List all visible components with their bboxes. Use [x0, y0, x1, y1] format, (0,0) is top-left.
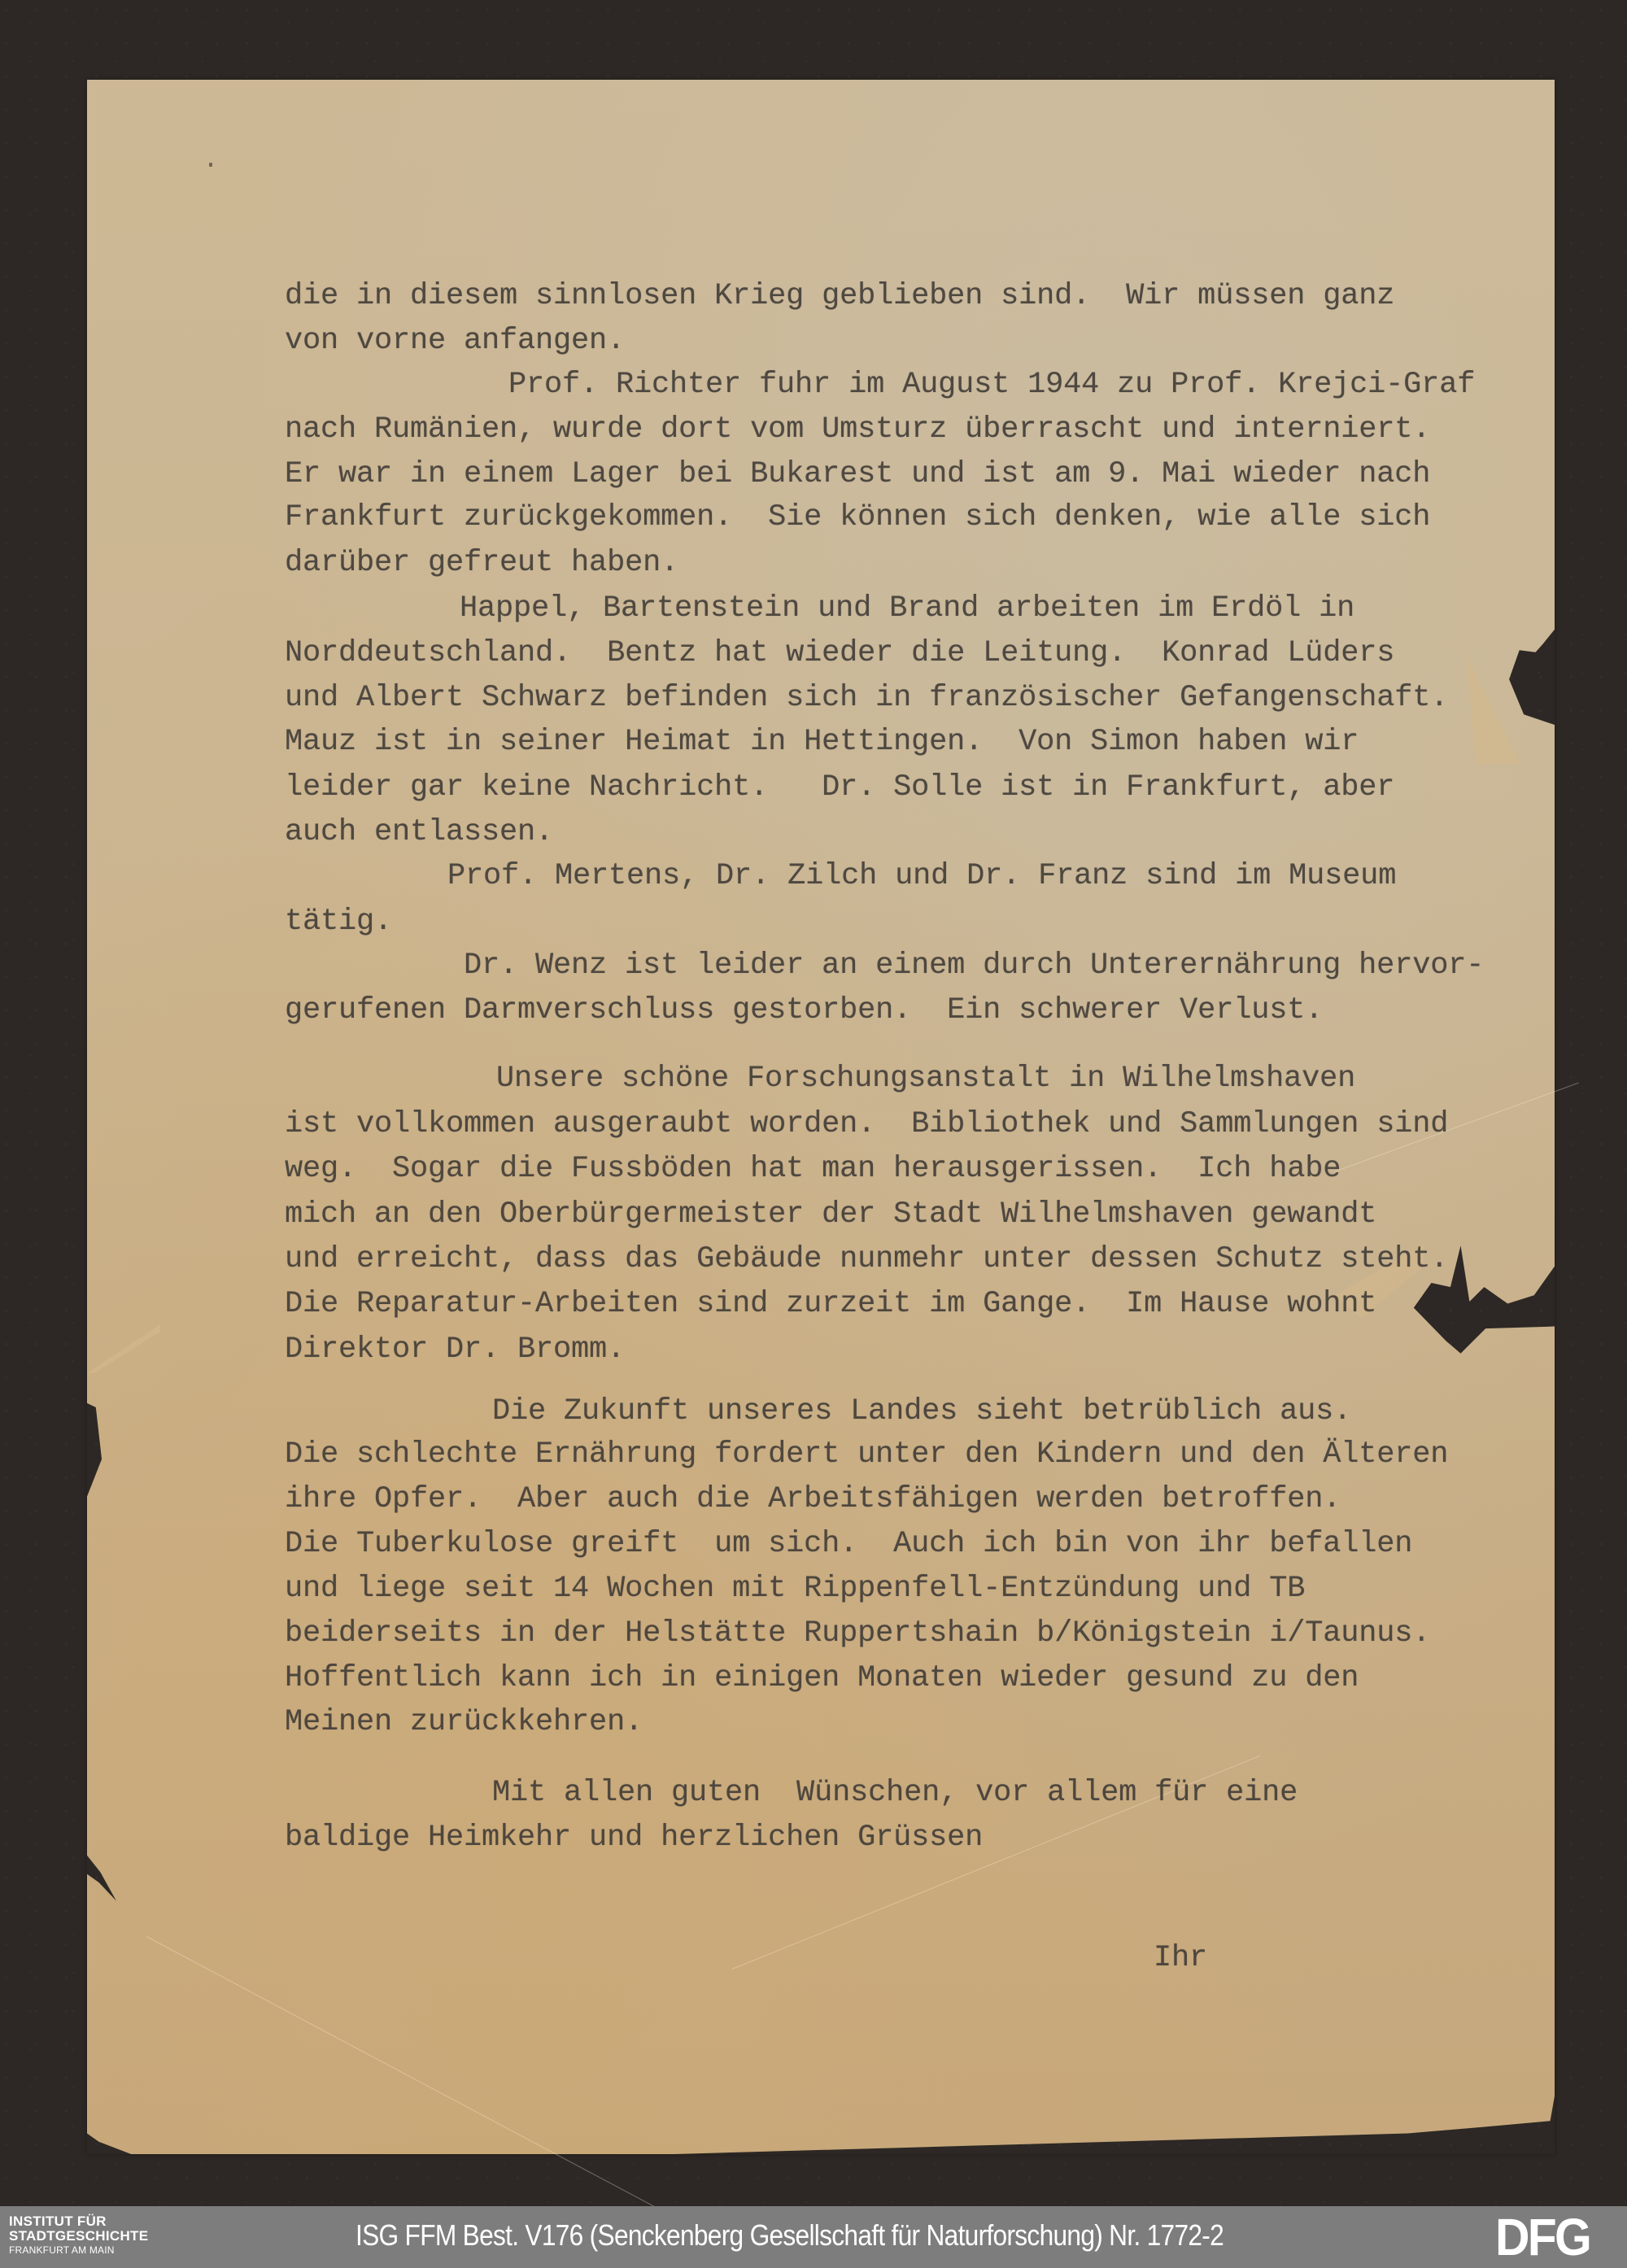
typed-line: und liege seit 14 Wochen mit Rippenfell-…	[285, 1574, 1305, 1604]
institute-logo-line1: INSTITUT FÜR	[9, 2214, 148, 2229]
archive-footer-bar: INSTITUT FÜR STADTGESCHICHTE FRANKFURT A…	[0, 2206, 1627, 2268]
typed-line: Meinen zurückkehren.	[285, 1708, 643, 1738]
typed-line: Frankfurt zurückgekommen. Sie können sic…	[285, 503, 1430, 533]
typed-line: Die Reparatur-Arbeiten sind zurzeit im G…	[285, 1289, 1376, 1319]
typed-line: Happel, Bartenstein und Brand arbeiten i…	[460, 594, 1354, 624]
typed-line: Die Tuberkulose greift um sich. Auch ich…	[285, 1529, 1412, 1559]
typed-line: darüber gefreut haben.	[285, 548, 678, 578]
typed-line: Prof. Richter fuhr im August 1944 zu Pro…	[508, 370, 1475, 400]
typed-line: nach Rumänien, wurde dort vom Umsturz üb…	[285, 415, 1430, 445]
typed-line: ist vollkommen ausgeraubt worden. Biblio…	[285, 1110, 1448, 1140]
typed-line: leider gar keine Nachricht. Dr. Solle is…	[285, 773, 1394, 803]
typed-line: ihre Opfer. Aber auch die Arbeitsfähigen…	[285, 1485, 1341, 1515]
typed-line: Ihr	[1154, 1943, 1207, 1974]
typed-line: und erreicht, dass das Gebäude nunmehr u…	[285, 1245, 1448, 1275]
typed-line: Mit allen guten Wünschen, vor allem für …	[492, 1778, 1298, 1808]
typed-line: baldige Heimkehr und herzlichen Grüssen	[285, 1823, 983, 1853]
typed-line: tätig.	[285, 907, 392, 937]
institute-logo-line3: FRANKFURT AM MAIN	[9, 2244, 148, 2257]
typed-line: Er war in einem Lager bei Bukarest und i…	[285, 460, 1430, 490]
typed-line: Unsere schöne Forschungsanstalt in Wilhe…	[496, 1064, 1355, 1094]
typed-line: Prof. Mertens, Dr. Zilch und Dr. Franz s…	[447, 861, 1396, 892]
typed-line: beiderseits in der Helstätte Ruppertshai…	[285, 1619, 1430, 1649]
typed-line: weg. Sogar die Fussböden hat man herausg…	[285, 1154, 1341, 1184]
typed-line: Dr. Wenz ist leider an einem durch Unter…	[464, 951, 1484, 981]
typed-line: gerufenen Darmverschluss gestorben. Ein …	[285, 996, 1323, 1026]
typed-line: auch entlassen.	[285, 818, 553, 848]
archive-citation: ISG FFM Best. V176 (Senckenberg Gesellsc…	[355, 2218, 1224, 2253]
typed-line: und Albert Schwarz befinden sich in fran…	[285, 683, 1448, 713]
institute-logo: INSTITUT FÜR STADTGESCHICHTE FRANKFURT A…	[9, 2214, 148, 2257]
dfg-logo: DFG	[1495, 2214, 1590, 2260]
typed-line: Norddeutschland. Bentz hat wieder die Le…	[285, 639, 1394, 669]
institute-logo-line2: STADTGESCHICHTE	[9, 2229, 148, 2244]
typed-line: von vorne anfangen.	[285, 326, 625, 356]
typed-line: Die Zukunft unseres Landes sieht betrübl…	[492, 1397, 1351, 1427]
typed-line: mich an den Oberbürgermeister der Stadt …	[285, 1200, 1376, 1230]
typed-line: Direktor Dr. Bromm.	[285, 1335, 625, 1365]
letter-text: die in diesem sinnlosen Krieg geblieben …	[0, 0, 1627, 2268]
typed-line: Hoffentlich kann ich in einigen Monaten …	[285, 1664, 1359, 1694]
typed-line: die in diesem sinnlosen Krieg geblieben …	[285, 281, 1394, 312]
typed-line: Mauz ist in seiner Heimat in Hettingen. …	[285, 727, 1359, 757]
typed-line: Die schlechte Ernährung fordert unter de…	[285, 1440, 1448, 1470]
